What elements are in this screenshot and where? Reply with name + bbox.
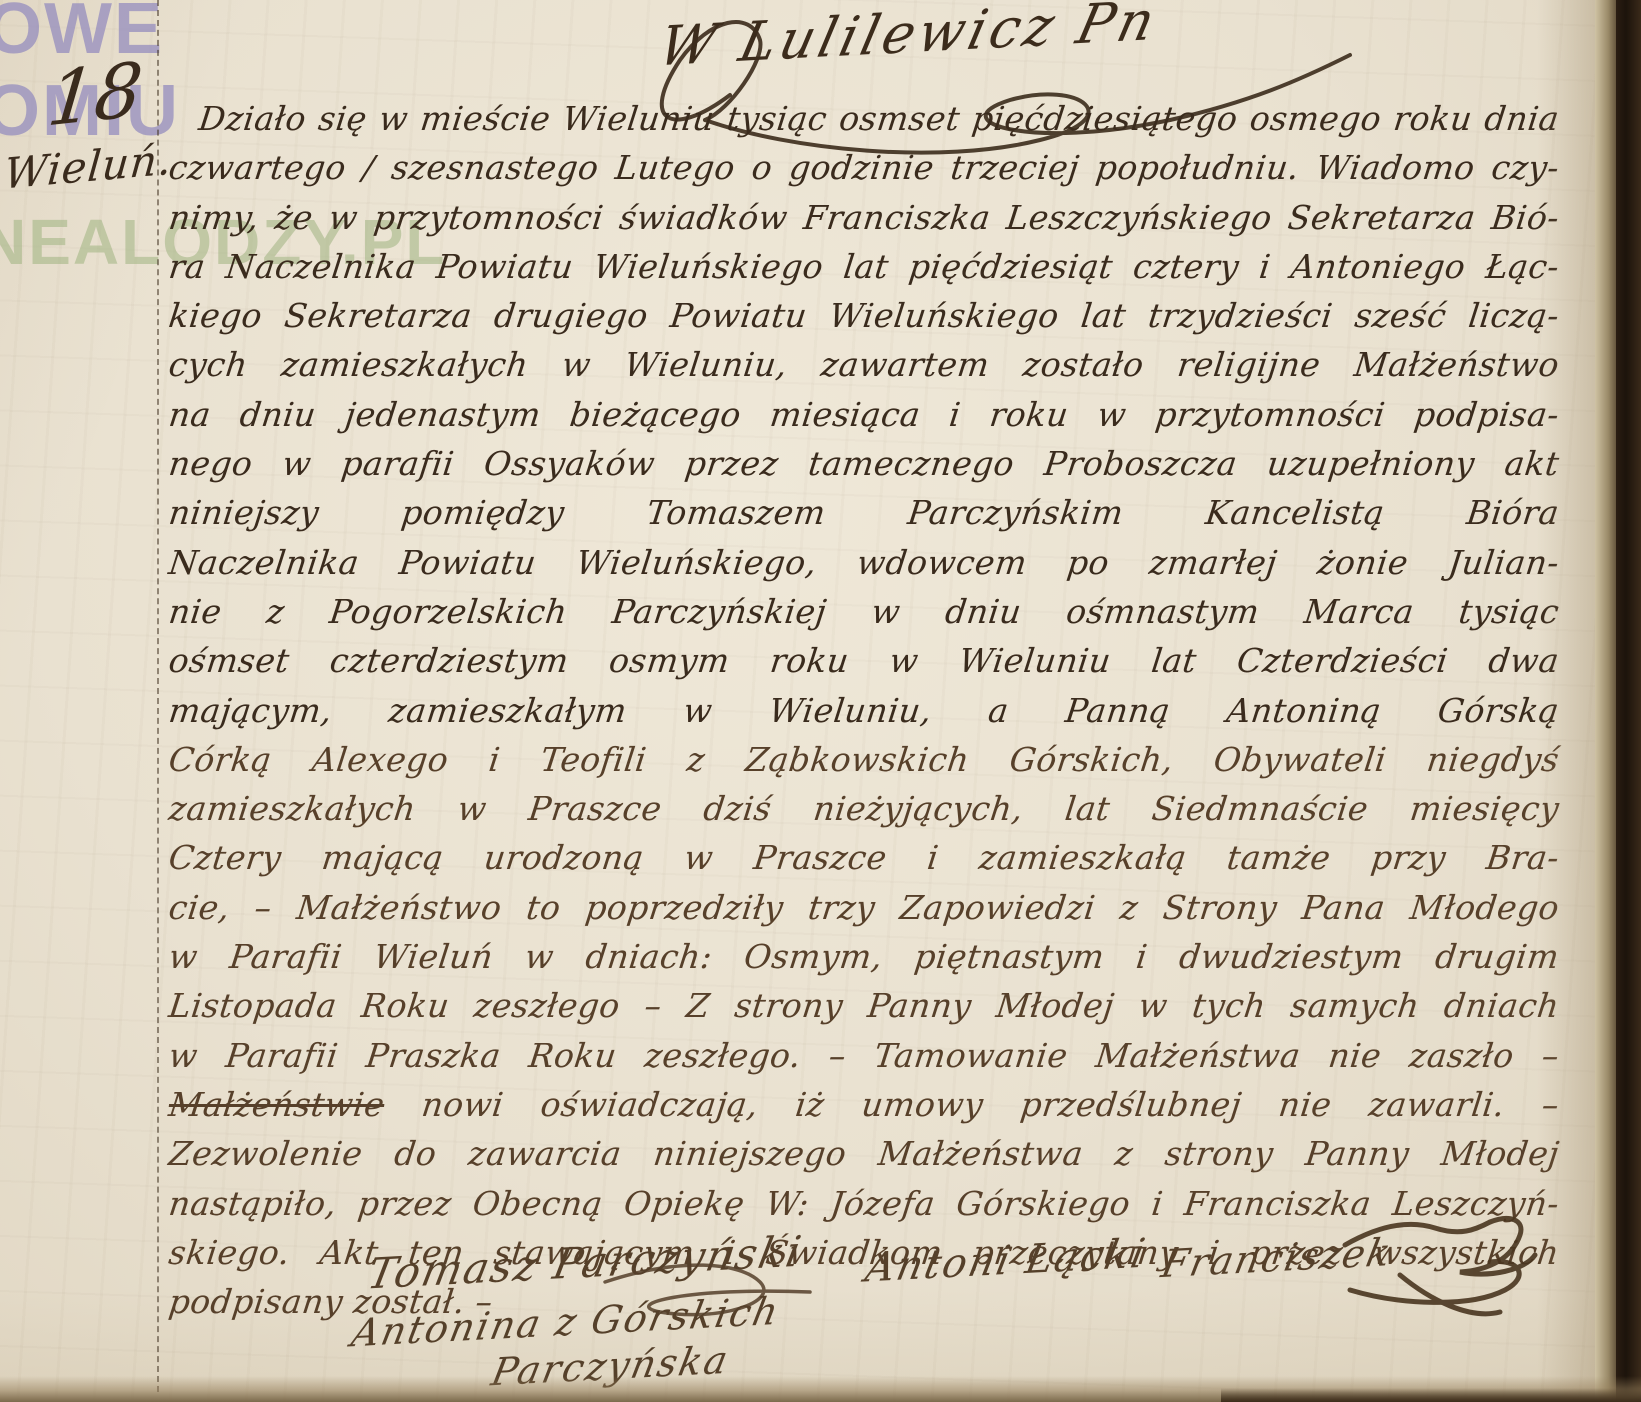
act-number: 18 <box>44 46 147 143</box>
body-line: niniejszy pomiędzy Tomaszem Parczyńskim … <box>166 488 1562 537</box>
struck-word: Małżeństwie <box>167 1085 387 1124</box>
book-binding-edge <box>1616 0 1641 1402</box>
body-line: Cztery mającą urodzoną w Praszce i zamie… <box>166 833 1562 882</box>
body-line: nie z Pogorzelskich Parczyńskiej w dniu … <box>166 587 1562 636</box>
body-text: Działo się w mieście Wieluniu tysiąc osm… <box>166 94 1556 1326</box>
document-page: OWE OMIU NEALODZY.PL 18 Wieluń. W Lulile… <box>0 0 1641 1402</box>
priest-signature-flourish <box>1340 1200 1550 1334</box>
body-line: Zezwolenie do zawarcia niniejszego Małże… <box>166 1129 1562 1178</box>
body-line: ra Naczelnika Powiatu Wieluńskiego lat p… <box>166 242 1562 291</box>
body-line: zamieszkałych w Praszce dziś nieżyjących… <box>166 784 1562 833</box>
body-line: Działo się w mieście Wieluniu tysiąc osm… <box>166 94 1562 143</box>
body-line: czwartego / szesnastego Lutego o godzini… <box>166 143 1562 192</box>
page-right-edge-shading <box>1537 0 1597 1402</box>
body-line: ośmset czterdziestym osmym roku w Wielun… <box>166 636 1562 685</box>
body-line: cie, – Małżeństwo to poprzedziły trzy Za… <box>166 883 1562 932</box>
body-line: Małżeństwie nowi oświadczają, iż umowy p… <box>166 1080 1562 1129</box>
body-line: cych zamieszkałych w Wieluniu, zawartem … <box>166 340 1562 389</box>
margin-place-note: Wieluń. <box>2 134 174 198</box>
body-line: kiego Sekretarza drugiego Powiatu Wieluń… <box>166 291 1562 340</box>
body-line: na dniu jedenastym bieżącego miesiąca i … <box>166 390 1562 439</box>
body-line: w Parafii Wieluń w dniach: Osmym, piętna… <box>166 932 1562 981</box>
body-line: w Parafii Praszka Roku zeszłego. – Tamow… <box>166 1031 1562 1080</box>
body-line: Naczelnika Powiatu Wieluńskiego, wdowcem… <box>166 538 1562 587</box>
body-line: nimy, że w przytomności świadków Francis… <box>166 193 1562 242</box>
margin-rule <box>157 0 159 1392</box>
body-line: mającym, zamieszkałym w Wieluniu, a Pann… <box>166 686 1562 735</box>
page-right-edge <box>1595 0 1617 1402</box>
body-line: nego w parafii Ossyaków przez tamecznego… <box>166 439 1562 488</box>
page-bottom-corner-shadow <box>1221 1388 1641 1402</box>
body-line: Córką Alexego i Teofili z Ząbkowskich Gó… <box>166 735 1562 784</box>
body-line: Listopada Roku zeszłego – Z strony Panny… <box>166 981 1562 1030</box>
